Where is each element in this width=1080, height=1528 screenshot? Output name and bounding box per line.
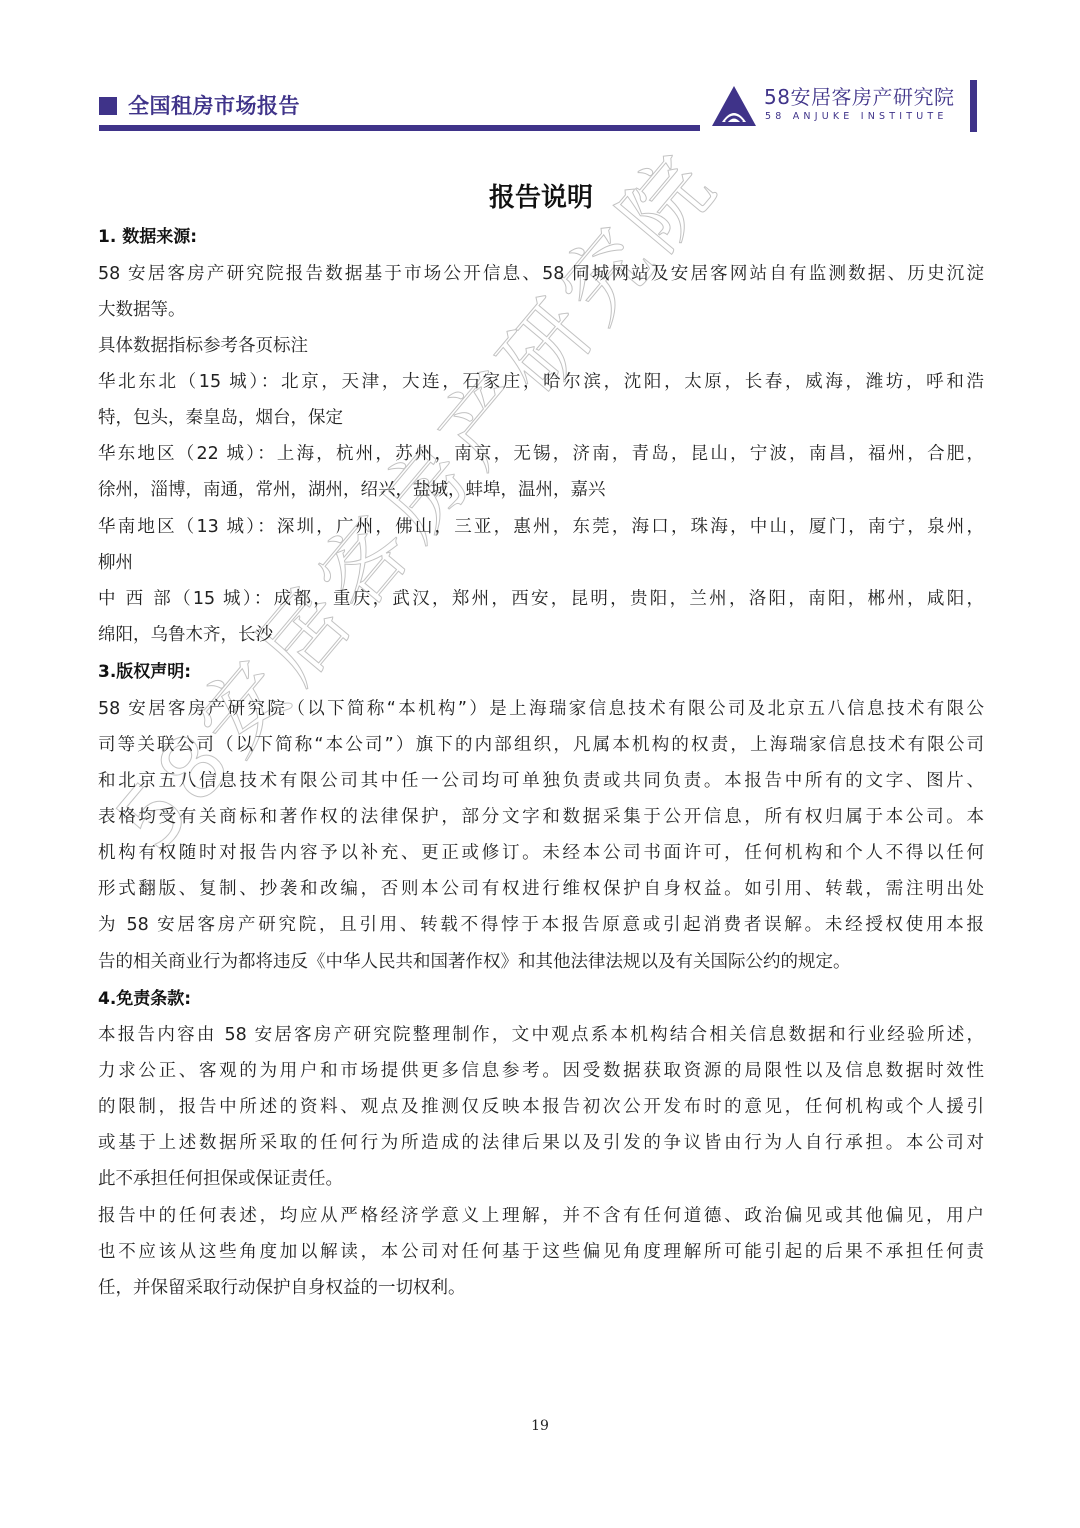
region-list-line: 中 西 部（15 城）：成都，重庆，武汉，郑州，西安，昆明，贵阳，兰州，洛阳，南…	[98, 586, 984, 612]
header-vertical-bar	[970, 80, 977, 132]
page-title: 报告说明	[98, 180, 984, 216]
paragraph-line: 也不应该从这些角度加以解读，本公司对任何基于这些偏见角度理解所可能引起的后果不承…	[98, 1239, 984, 1265]
paragraph-line: 机构有权随时对报告内容予以补充、更正或修订。未经本公司书面许可，任何机构和个人不…	[98, 840, 984, 866]
region-list-line: 柳州	[98, 550, 984, 576]
region-list-line: 华东地区（22 城）：上海，杭州，苏州，南京，无锡，济南，青岛，昆山，宁波，南昌…	[98, 441, 984, 467]
region-list-line: 特，包头，秦皇岛，烟台，保定	[98, 405, 984, 431]
paragraph-line: 的限制，报告中所述的资料、观点及推测仅反映本报告初次公开发布时的意见，任何机构或…	[98, 1094, 984, 1120]
paragraph-line: 本报告内容由 58 安居客房产研究院整理制作，文中观点系本机构结合相关信息数据和…	[98, 1022, 984, 1048]
institute-logo: 58安居客房产研究院 58 ANJUKE INSTITUTE	[712, 84, 962, 128]
region-list-line: 绵阳，乌鲁木齐，长沙	[98, 622, 984, 648]
section-heading-data-source: 1. 数据来源:	[98, 224, 197, 250]
paragraph-line: 报告中的任何表述，均应从严格经济学意义上理解，并不含有任何道德、政治偏见或其他偏…	[98, 1203, 984, 1229]
paragraph-line: 此不承担任何担保或保证责任。	[98, 1166, 984, 1192]
section-heading-copyright: 3.版权声明:	[98, 659, 191, 685]
paragraph-line: 表格均受有关商标和著作权的法律保护，部分文字和数据采集于公开信息，所有权归属于本…	[98, 804, 984, 830]
paragraph-line: 告的相关商业行为都将违反《中华人民共和国著作权》和其他法律法规以及有关国际公约的…	[98, 949, 984, 975]
page-header: 全国租房市场报告 58安居客房产研究院 58 ANJUKE INSTITUTE	[0, 0, 1080, 140]
paragraph-line: 力求公正、客观的为用户和市场提供更多信息参考。因受数据获取资源的局限性以及信息数…	[98, 1058, 984, 1084]
paragraph-line: 58 安居客房产研究院报告数据基于市场公开信息、58 同城网站及安居客网站自有监…	[98, 261, 984, 287]
section-heading-disclaimer: 4.免责条款:	[98, 986, 191, 1012]
logo-chinese-name: 58安居客房产研究院	[764, 84, 954, 110]
header-divider	[99, 125, 700, 131]
region-list-line: 徐州，淄博，南通，常州，湖州，绍兴，盐城，蚌埠，温州，嘉兴	[98, 477, 984, 503]
paragraph-line: 为 58 安居客房产研究院，且引用、转载不得悖于本报告原意或引起消费者误解。未经…	[98, 912, 984, 938]
region-list-line: 华南地区（13 城）：深圳，广州，佛山，三亚，惠州，东莞，海口，珠海，中山，厦门…	[98, 514, 984, 540]
paragraph-line: 任，并保留采取行动保护自身权益的一切权利。	[98, 1275, 984, 1301]
header-square-marker	[99, 97, 117, 115]
page-number: 19	[0, 1416, 1080, 1436]
paragraph-line: 具体数据指标参考各页标注	[98, 333, 984, 359]
region-list-line: 华北东北（15 城）：北京，天津，大连，石家庄，哈尔滨，沈阳，太原，长春，威海，…	[98, 369, 984, 395]
logo-english-name: 58 ANJUKE INSTITUTE	[765, 111, 948, 123]
anjuke-logo-icon	[712, 86, 756, 126]
paragraph-line: 和北京五八信息技术有限公司其中任一公司均可单独负责或共同负责。本报告中所有的文字…	[98, 768, 984, 794]
paragraph-line: 大数据等。	[98, 297, 984, 323]
paragraph-line: 58 安居客房产研究院（以下简称“本机构”）是上海瑞家信息技术有限公司及北京五八…	[98, 696, 984, 722]
paragraph-line: 司等关联公司（以下简称“本公司”）旗下的内部组织，凡属本机构的权责，上海瑞家信息…	[98, 732, 984, 758]
paragraph-line: 形式翻版、复制、抄袭和改编，否则本公司有权进行维权保护自身权益。如引用、转载，需…	[98, 876, 984, 902]
report-title: 全国租房市场报告	[128, 91, 300, 121]
paragraph-line: 或基于上述数据所采取的任何行为所造成的法律后果以及引发的争议皆由行为人自行承担。…	[98, 1130, 984, 1156]
